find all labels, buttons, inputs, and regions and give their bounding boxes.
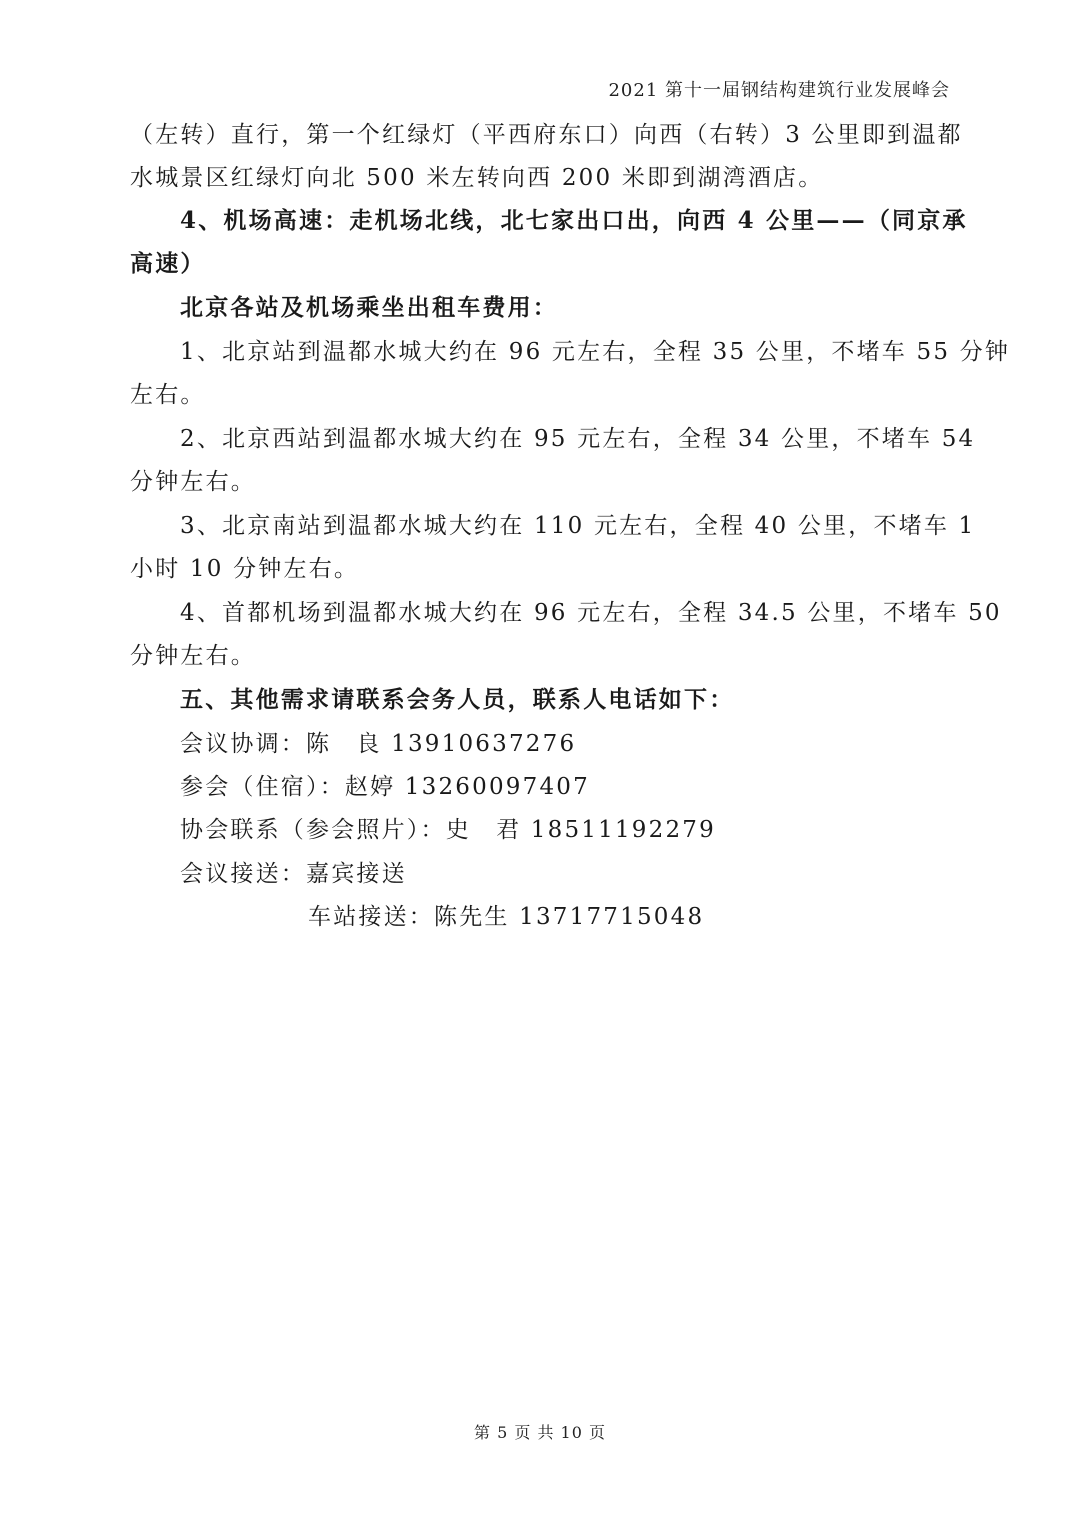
page-number-footer: 第 5 页 共 10 页: [0, 1420, 1080, 1443]
taxi-item-4-line-1: 4、首都机场到温都水城大约在 96 元左右，全程 34.5 公里，不堵车 50: [180, 594, 1002, 627]
contact-item-meeting-coordination: 会议协调：陈 良 13910637276: [180, 725, 576, 758]
route-paragraph-line-1: （左转）直行，第一个红绿灯（平西府东口）向西（右转）3 公里即到温都: [130, 116, 963, 149]
taxi-item-2-line-2: 分钟左右。: [130, 463, 256, 496]
taxi-item-3-line-2: 小时 10 分钟左右。: [130, 550, 359, 583]
page-header: 2021 第十一届钢结构建筑行业发展峰会: [608, 76, 950, 102]
contact-item-station-pickup: 车站接送：陈先生 13717715048: [308, 898, 704, 931]
airport-highway-line-1: 4、机场高速：走机场北线，北七家出口出，向西 4 公里——（同京承: [180, 202, 968, 235]
taxi-item-4-line-2: 分钟左右。: [130, 637, 256, 670]
contact-item-guest-pickup: 会议接送：嘉宾接送: [180, 855, 407, 888]
taxi-item-3-line-1: 3、北京南站到温都水城大约在 110 元左右，全程 40 公里，不堵车 1: [180, 507, 975, 540]
taxi-item-2-line-1: 2、北京西站到温都水城大约在 95 元左右，全程 34 公里，不堵车 54: [180, 420, 975, 453]
airport-highway-line-2: 高速）: [130, 245, 206, 278]
taxi-item-1-line-1: 1、北京站到温都水城大约在 96 元左右，全程 35 公里，不堵车 55 分钟: [180, 333, 1010, 366]
taxi-fare-heading: 北京各站及机场乘坐出租车费用：: [180, 289, 558, 322]
contacts-heading: 五、其他需求请联系会务人员，联系人电话如下：: [180, 681, 734, 714]
contact-item-accommodation: 参会（住宿）：赵婷 13260097407: [180, 768, 590, 801]
contact-item-association-photos: 协会联系（参会照片）：史 君 18511192279: [180, 811, 716, 844]
taxi-item-1-line-2: 左右。: [130, 376, 206, 409]
route-paragraph-line-2: 水城景区红绿灯向北 500 米左转向西 200 米即到湖湾酒店。: [130, 159, 823, 192]
